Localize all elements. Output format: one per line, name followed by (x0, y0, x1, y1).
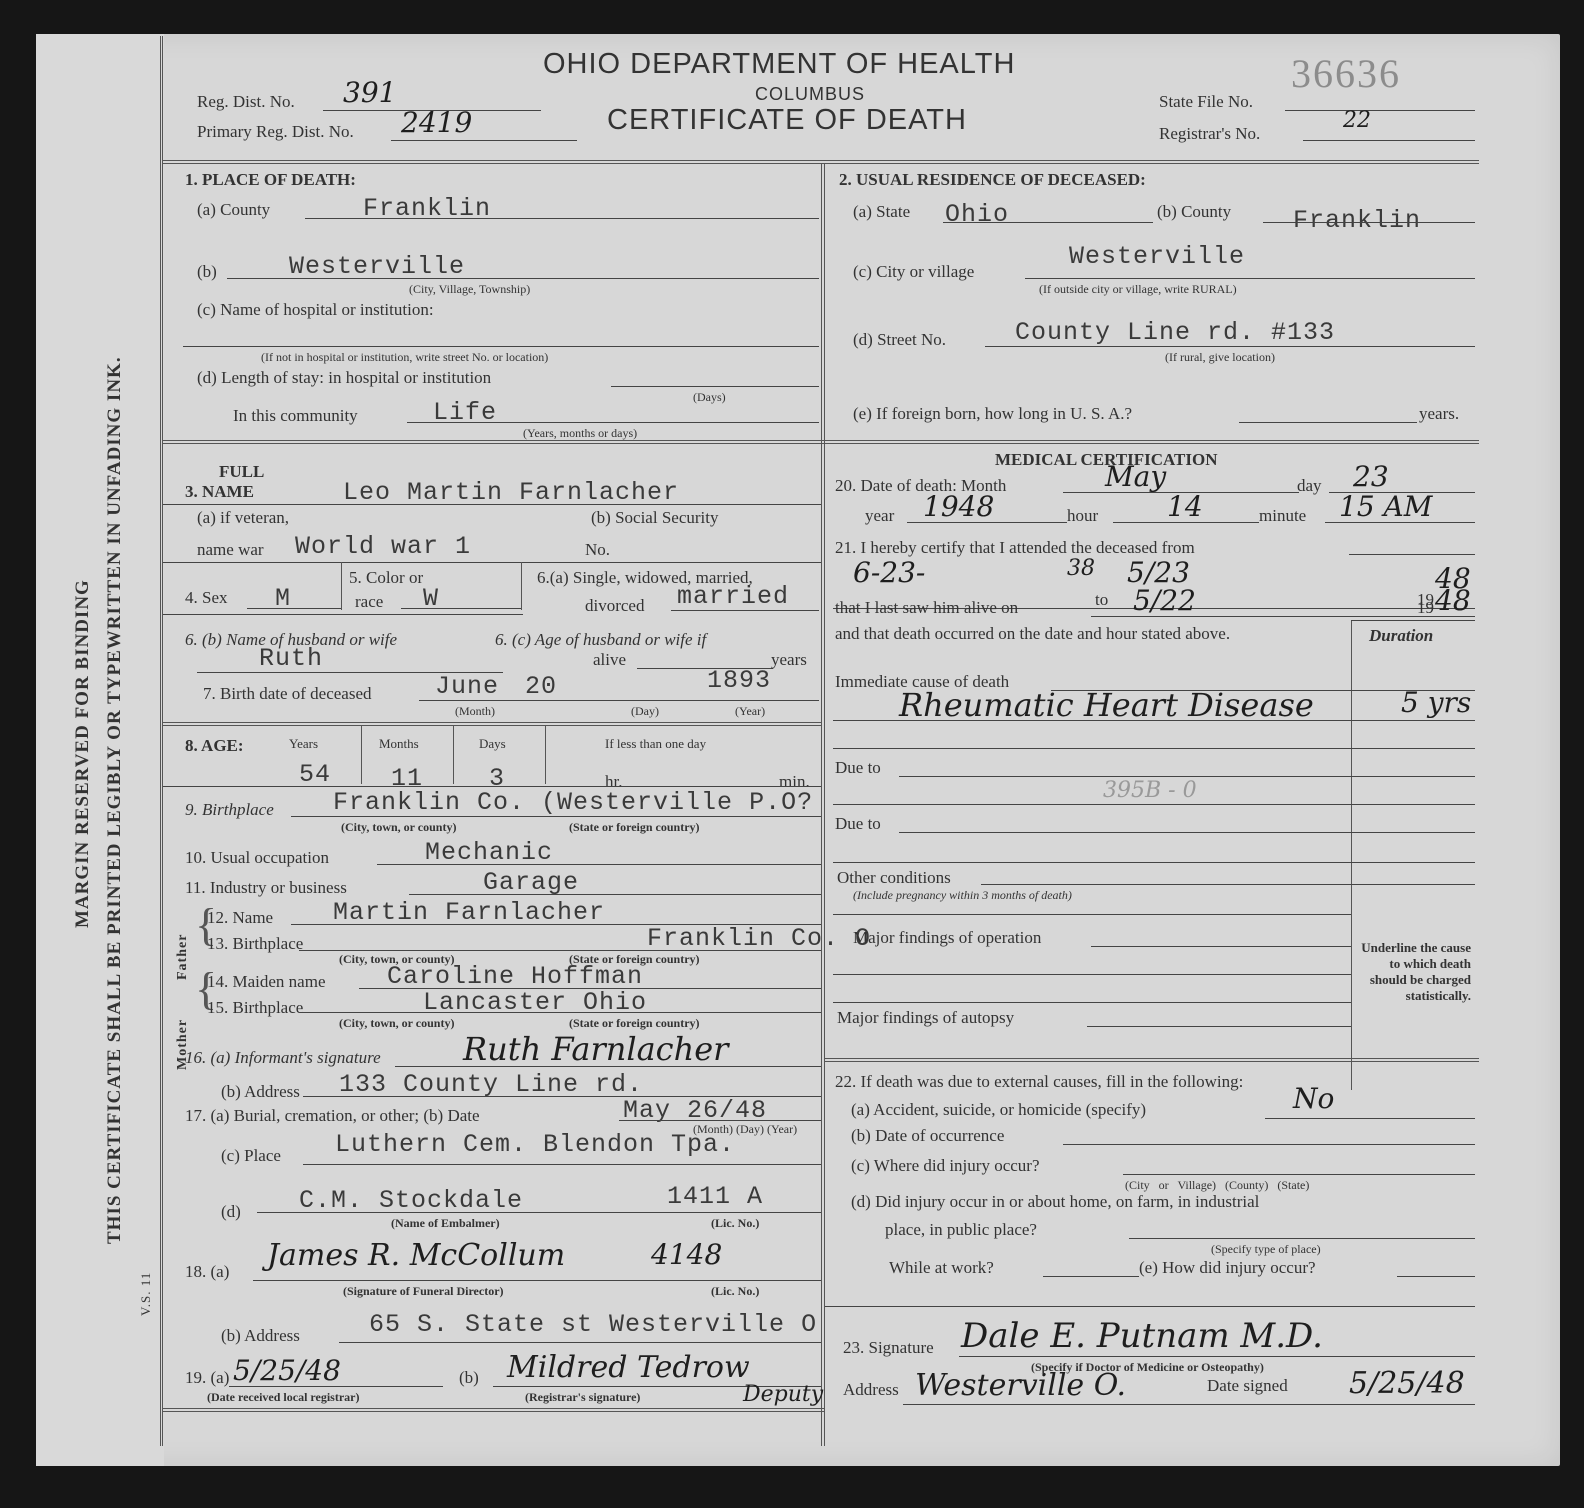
department-title: OHIO DEPARTMENT OF HEALTH (543, 48, 1015, 81)
spouse-value[interactable]: Ruth (259, 644, 323, 673)
spouse-age-label: 6. (c) Age of husband or wife if (495, 630, 706, 650)
place-label-1: (d) Did injury occur in or about home, o… (851, 1192, 1259, 1212)
foreign-label: (e) If foreign born, how long in U. S. A… (853, 404, 1132, 424)
community-caption: (Years, months or days) (523, 426, 637, 441)
registrar-label-b: (b) (459, 1368, 479, 1388)
how-label: (e) How did injury occur? (1139, 1258, 1316, 1278)
minute-label: minute (1259, 506, 1306, 526)
birth-year-value[interactable]: 1893 (707, 666, 771, 695)
age-years-label: Years (289, 736, 318, 752)
embalmer-lic-caption: (Lic. No.) (711, 1216, 759, 1231)
other-conditions-caption: (Include pregnancy within 3 months of de… (853, 888, 1072, 903)
attended-from-year[interactable]: 38 (1067, 556, 1095, 581)
color-label: 5. Color or (349, 568, 423, 588)
pod-county-label: (a) County (197, 200, 270, 220)
primary-reg-value[interactable]: 2419 (401, 106, 472, 139)
father-name-label: 12. Name (207, 908, 273, 928)
industry-value[interactable]: Garage (483, 868, 579, 897)
full-name-value[interactable]: Leo Martin Farnlacher (343, 478, 679, 507)
death-day-value[interactable]: 23 (1353, 460, 1389, 493)
occupation-label: 10. Usual occupation (185, 848, 329, 868)
date-signed-value[interactable]: 5/25/48 (1349, 1366, 1465, 1401)
embalmer-lic-value[interactable]: 1411 A (667, 1182, 763, 1211)
reg-dist-label: Reg. Dist. No. (197, 92, 295, 112)
registrar-signature-caption: (Registrar's signature) (525, 1390, 640, 1405)
stay-caption: (Days) (693, 390, 726, 405)
death-minute-value[interactable]: 15 AM (1339, 490, 1432, 523)
street-caption: (If rural, give location) (1165, 350, 1275, 365)
industry-label: 11. Industry or business (185, 878, 347, 898)
age-less-label: If less than one day (605, 736, 706, 752)
funeral-lic-caption: (Lic. No.) (711, 1284, 759, 1299)
binding-note: MARGIN RESERVED FOR BINDING (72, 579, 94, 928)
informant-address-value[interactable]: 133 County Line rd. (339, 1070, 643, 1099)
underline-note: Underline the cause to which death shoul… (1359, 940, 1471, 1004)
father-birthplace-value[interactable]: Franklin Co. O (647, 924, 871, 953)
informant-signature-value[interactable]: Ruth Farnlacher (463, 1030, 728, 1068)
ink-note: THIS CERTIFICATE SHALL BE PRINTED LEGIBL… (104, 356, 126, 1244)
burial-place-label: (c) Place (221, 1146, 281, 1166)
month-caption: (Month) (455, 704, 495, 719)
ss-label: (b) Social Security (591, 508, 718, 528)
due-to-label-1: Due to (835, 758, 881, 778)
registrar-no-label: Registrar's No. (1159, 124, 1260, 144)
reg-dist-value[interactable]: 391 (343, 76, 396, 109)
stat-code: 395B - 0 (1103, 778, 1197, 803)
city-title: COLUMBUS (755, 84, 865, 105)
marital-value[interactable]: married (677, 582, 789, 611)
alive-label: alive (593, 650, 626, 670)
pod-city-caption: (City, Village, Township) (409, 282, 530, 297)
other-conditions-label: Other conditions (837, 868, 951, 888)
last-saw-label: that I last saw him alive on (835, 598, 1018, 618)
burial-place-value[interactable]: Luthern Cem. Blendon Tpa. (335, 1130, 735, 1159)
race-label: race (355, 592, 383, 612)
certify-label: 21. I hereby certify that I attended the… (835, 538, 1195, 558)
residence-heading: 2. USUAL RESIDENCE OF DECEASED: (839, 170, 1146, 190)
day-caption: (Day) (631, 704, 659, 719)
birth-month-value[interactable]: June (435, 672, 499, 701)
age-label: 8. AGE: (185, 736, 244, 756)
stay-label: (d) Length of stay: in hospital or insti… (197, 368, 491, 388)
foreign-suffix: years. (1419, 404, 1459, 424)
street-value[interactable]: County Line rd. #133 (1015, 318, 1335, 347)
to-label: to (1095, 590, 1108, 610)
name-label-top: FULL (219, 462, 264, 482)
birth-day-value[interactable]: 20 (525, 672, 557, 701)
death-month-value[interactable]: May (1105, 460, 1166, 493)
date-received-value[interactable]: 5/25/48 (233, 1354, 341, 1387)
work-label: While at work? (889, 1258, 994, 1278)
accident-value[interactable]: No (1293, 1082, 1334, 1115)
father-name-value[interactable]: Martin Farnlacher (333, 898, 605, 927)
immediate-cause-value[interactable]: Rheumatic Heart Disease (899, 686, 1314, 724)
state-file-stamp: 36636 (1291, 50, 1401, 97)
informant-address-label: (b) Address (221, 1082, 300, 1102)
mother-city-caption: (City, town, or county) (339, 1016, 454, 1031)
death-year-value[interactable]: 1948 (923, 490, 994, 523)
immediate-duration-value[interactable]: 5 yrs (1401, 686, 1471, 719)
veteran-label: (a) if veteran, (197, 508, 289, 528)
funeral-director-caption: (Signature of Funeral Director) (343, 1284, 504, 1299)
external-heading: 22. If death was due to external causes,… (835, 1072, 1243, 1092)
war-value[interactable]: World war 1 (295, 532, 471, 561)
mother-name-value[interactable]: Caroline Hoffman (387, 962, 643, 991)
funeral-director-signature[interactable]: James R. McCollum (267, 1238, 565, 1273)
community-label: In this community (233, 406, 358, 426)
form-code: V.S. 11 (138, 1272, 154, 1316)
date-received-caption: (Date received local registrar) (207, 1390, 359, 1405)
funeral-label: 18. (a) (185, 1262, 229, 1282)
place-caption: (Specify type of place) (1211, 1242, 1321, 1257)
funeral-address-label: (b) Address (221, 1326, 300, 1346)
res-county-label: (b) County (1157, 202, 1231, 222)
state-file-label: State File No. (1159, 92, 1253, 112)
res-state-label: (a) State (853, 202, 910, 222)
year-label: year (865, 506, 894, 526)
birth-date-label: 7. Birth date of deceased (203, 684, 372, 704)
pod-city-value[interactable]: Westerville (289, 252, 465, 281)
res-city-caption: (If outside city or village, write RURAL… (1039, 282, 1237, 297)
date-signed-label: Date signed (1207, 1376, 1288, 1396)
primary-reg-label: Primary Reg. Dist. No. (197, 122, 354, 142)
name-label: 3. NAME (185, 482, 254, 502)
embalmer-value[interactable]: C.M. Stockdale (299, 1186, 523, 1215)
where-label: (c) Where did injury occur? (851, 1156, 1040, 1176)
ss-no-label: No. (585, 540, 610, 560)
last-saw-year[interactable]: 48 (1435, 584, 1471, 617)
informant-signature-label: 16. (a) Informant's signature (185, 1048, 381, 1068)
occurred-label: and that death occurred on the date and … (835, 624, 1335, 644)
last-saw-date[interactable]: 5/22 (1133, 584, 1196, 617)
birthplace-state-caption: (State or foreign country) (569, 820, 700, 835)
res-county-value[interactable]: Franklin (1293, 206, 1421, 235)
registrar-signature[interactable]: Mildred Tedrow (507, 1350, 750, 1385)
certifier-address-value[interactable]: Westerville O. (915, 1368, 1126, 1403)
certificate-title: CERTIFICATE OF DEATH (607, 104, 967, 137)
embalmer-caption: (Name of Embalmer) (391, 1216, 500, 1231)
year-caption: (Year) (735, 704, 765, 719)
divorced-label: divorced (585, 596, 644, 616)
age-months-label: Months (379, 736, 419, 752)
years-label: years (771, 650, 807, 670)
certifier-address-label: Address (843, 1380, 899, 1400)
death-hour-value[interactable]: 14 (1167, 490, 1203, 523)
embalmer-prefix: (d) (221, 1202, 241, 1222)
birthplace-city-caption: (City, town, or county) (341, 820, 456, 835)
place-of-death-heading: 1. PLACE OF DEATH: (185, 170, 356, 190)
father-birthplace-label: 13. Birthplace (207, 934, 303, 954)
occupation-value[interactable]: Mechanic (425, 838, 553, 867)
where-caption: (City or Village) (County) (State) (1125, 1178, 1309, 1193)
pod-city-prefix: (b) (197, 262, 217, 282)
birthplace-value[interactable]: Franklin Co. (Westerville P.O? (333, 788, 813, 817)
res-state-value[interactable]: Ohio (945, 200, 1009, 229)
mother-state-caption: (State or foreign country) (569, 1016, 700, 1031)
operation-label: Major findings of operation (853, 928, 1041, 948)
registrar-label-a: 19. (a) (185, 1368, 229, 1388)
day-label: day (1297, 476, 1322, 496)
deputy-note: Deputy (743, 1382, 823, 1407)
duration-label: Duration (1369, 626, 1433, 646)
certificate-form: Reg. Dist. No. 391 Primary Reg. Dist. No… (160, 36, 1476, 1446)
binding-margin (36, 34, 164, 1466)
age-days-label: Days (479, 736, 506, 752)
place-label-2: place, in public place? (885, 1220, 1037, 1240)
age-years-value[interactable]: 54 (299, 760, 331, 789)
due-to-label-2: Due to (835, 814, 881, 834)
hour-label: hour (1067, 506, 1098, 526)
mother-birthplace-label: 15. Birthplace (207, 998, 303, 1018)
war-label: name war (197, 540, 264, 560)
hospital-caption: (If not in hospital or institution, writ… (261, 350, 548, 365)
father-side-label: Father (175, 934, 191, 980)
funeral-address-value[interactable]: 65 S. State st Westerville O (369, 1310, 817, 1339)
certifier-signature-label: 23. Signature (843, 1338, 934, 1358)
hospital-label: (c) Name of hospital or institution: (197, 300, 434, 320)
res-city-label: (c) City or village (853, 262, 974, 282)
funeral-director-lic[interactable]: 4148 (651, 1238, 722, 1271)
last-saw-year-prefix: 19 (1417, 598, 1434, 618)
burial-label: 17. (a) Burial, cremation, or other; (b)… (185, 1106, 480, 1126)
attended-from-value[interactable]: 6-23- (853, 556, 925, 589)
sex-label: 4. Sex (185, 588, 228, 608)
certifier-signature-value[interactable]: Dale E. Putnam M.D. (961, 1316, 1323, 1356)
autopsy-label: Major findings of autopsy (837, 1008, 1014, 1028)
accident-label: (a) Accident, suicide, or homicide (spec… (851, 1100, 1146, 1120)
res-city-value[interactable]: Westerville (1069, 242, 1245, 271)
street-label: (d) Street No. (853, 330, 946, 350)
registrar-no-value[interactable]: 22 (1343, 108, 1371, 133)
occurrence-label: (b) Date of occurrence (851, 1126, 1004, 1146)
birthplace-label: 9. Birthplace (185, 800, 274, 820)
mother-name-label: 14. Maiden name (207, 972, 326, 992)
